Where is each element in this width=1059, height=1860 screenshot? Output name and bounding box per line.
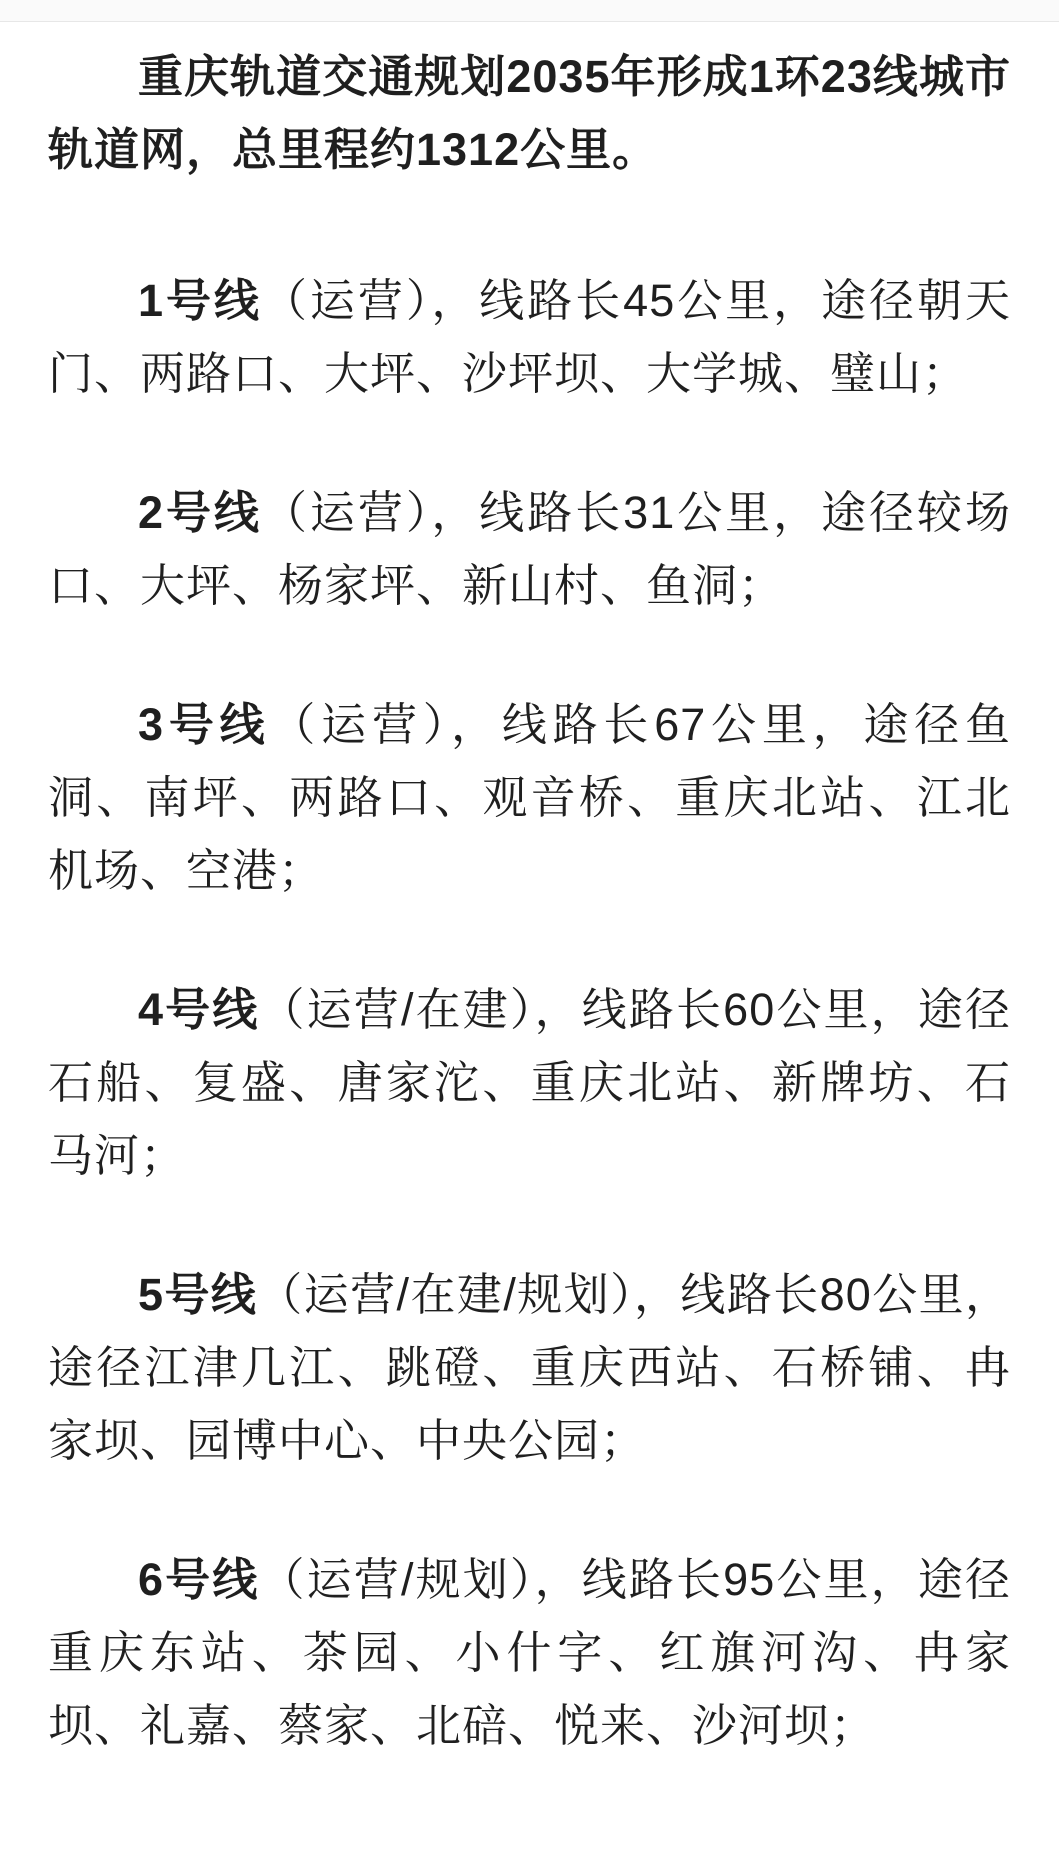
metro-line-paragraph-3: 3号线（运营），线路长67公里，途径鱼洞、南坪、两路口、观音桥、重庆北站、江北机… [48, 688, 1011, 907]
metro-line-paragraph-4: 4号线（运营/在建），线路长60公里，途径石船、复盛、唐家沱、重庆北站、新牌坊、… [48, 973, 1011, 1192]
metro-line-paragraph-1: 1号线（运营），线路长45公里，途径朝天门、两路口、大坪、沙坪坝、大学城、璧山； [48, 264, 1011, 410]
line-4-status: （运营/在建） [259, 984, 534, 1035]
line-5-status: （运营/在建/规划） [257, 1269, 634, 1320]
article-body: 重庆轨道交通规划2035年形成1环23线城市轨道网，总里程约1312公里。 1号… [0, 22, 1059, 1792]
line-1-name: 1号线 [138, 275, 262, 326]
line-4-name: 4号线 [138, 984, 259, 1035]
line-1-status: （运营） [262, 275, 431, 326]
article-intro: 重庆轨道交通规划2035年形成1环23线城市轨道网，总里程约1312公里。 [48, 40, 1011, 186]
metro-line-paragraph-6: 6号线（运营/规划），线路长95公里，途径重庆东站、茶园、小什字、红旗河沟、冉家… [48, 1543, 1011, 1762]
line-3-name: 3号线 [138, 699, 270, 750]
line-3-status: （运营） [270, 699, 451, 750]
metro-line-paragraph-5: 5号线（运营/在建/规划），线路长80公里，途径江津几江、跳磴、重庆西站、石桥铺… [48, 1258, 1011, 1477]
line-2-name: 2号线 [138, 487, 262, 538]
line-5-name: 5号线 [138, 1269, 257, 1320]
top-divider-strip [0, 0, 1059, 22]
metro-line-paragraph-2: 2号线（运营），线路长31公里，途径较场口、大坪、杨家坪、新山村、鱼洞； [48, 476, 1011, 622]
line-2-status: （运营） [262, 487, 431, 538]
line-6-name: 6号线 [138, 1554, 259, 1605]
line-6-status: （运营/规划） [259, 1554, 534, 1605]
